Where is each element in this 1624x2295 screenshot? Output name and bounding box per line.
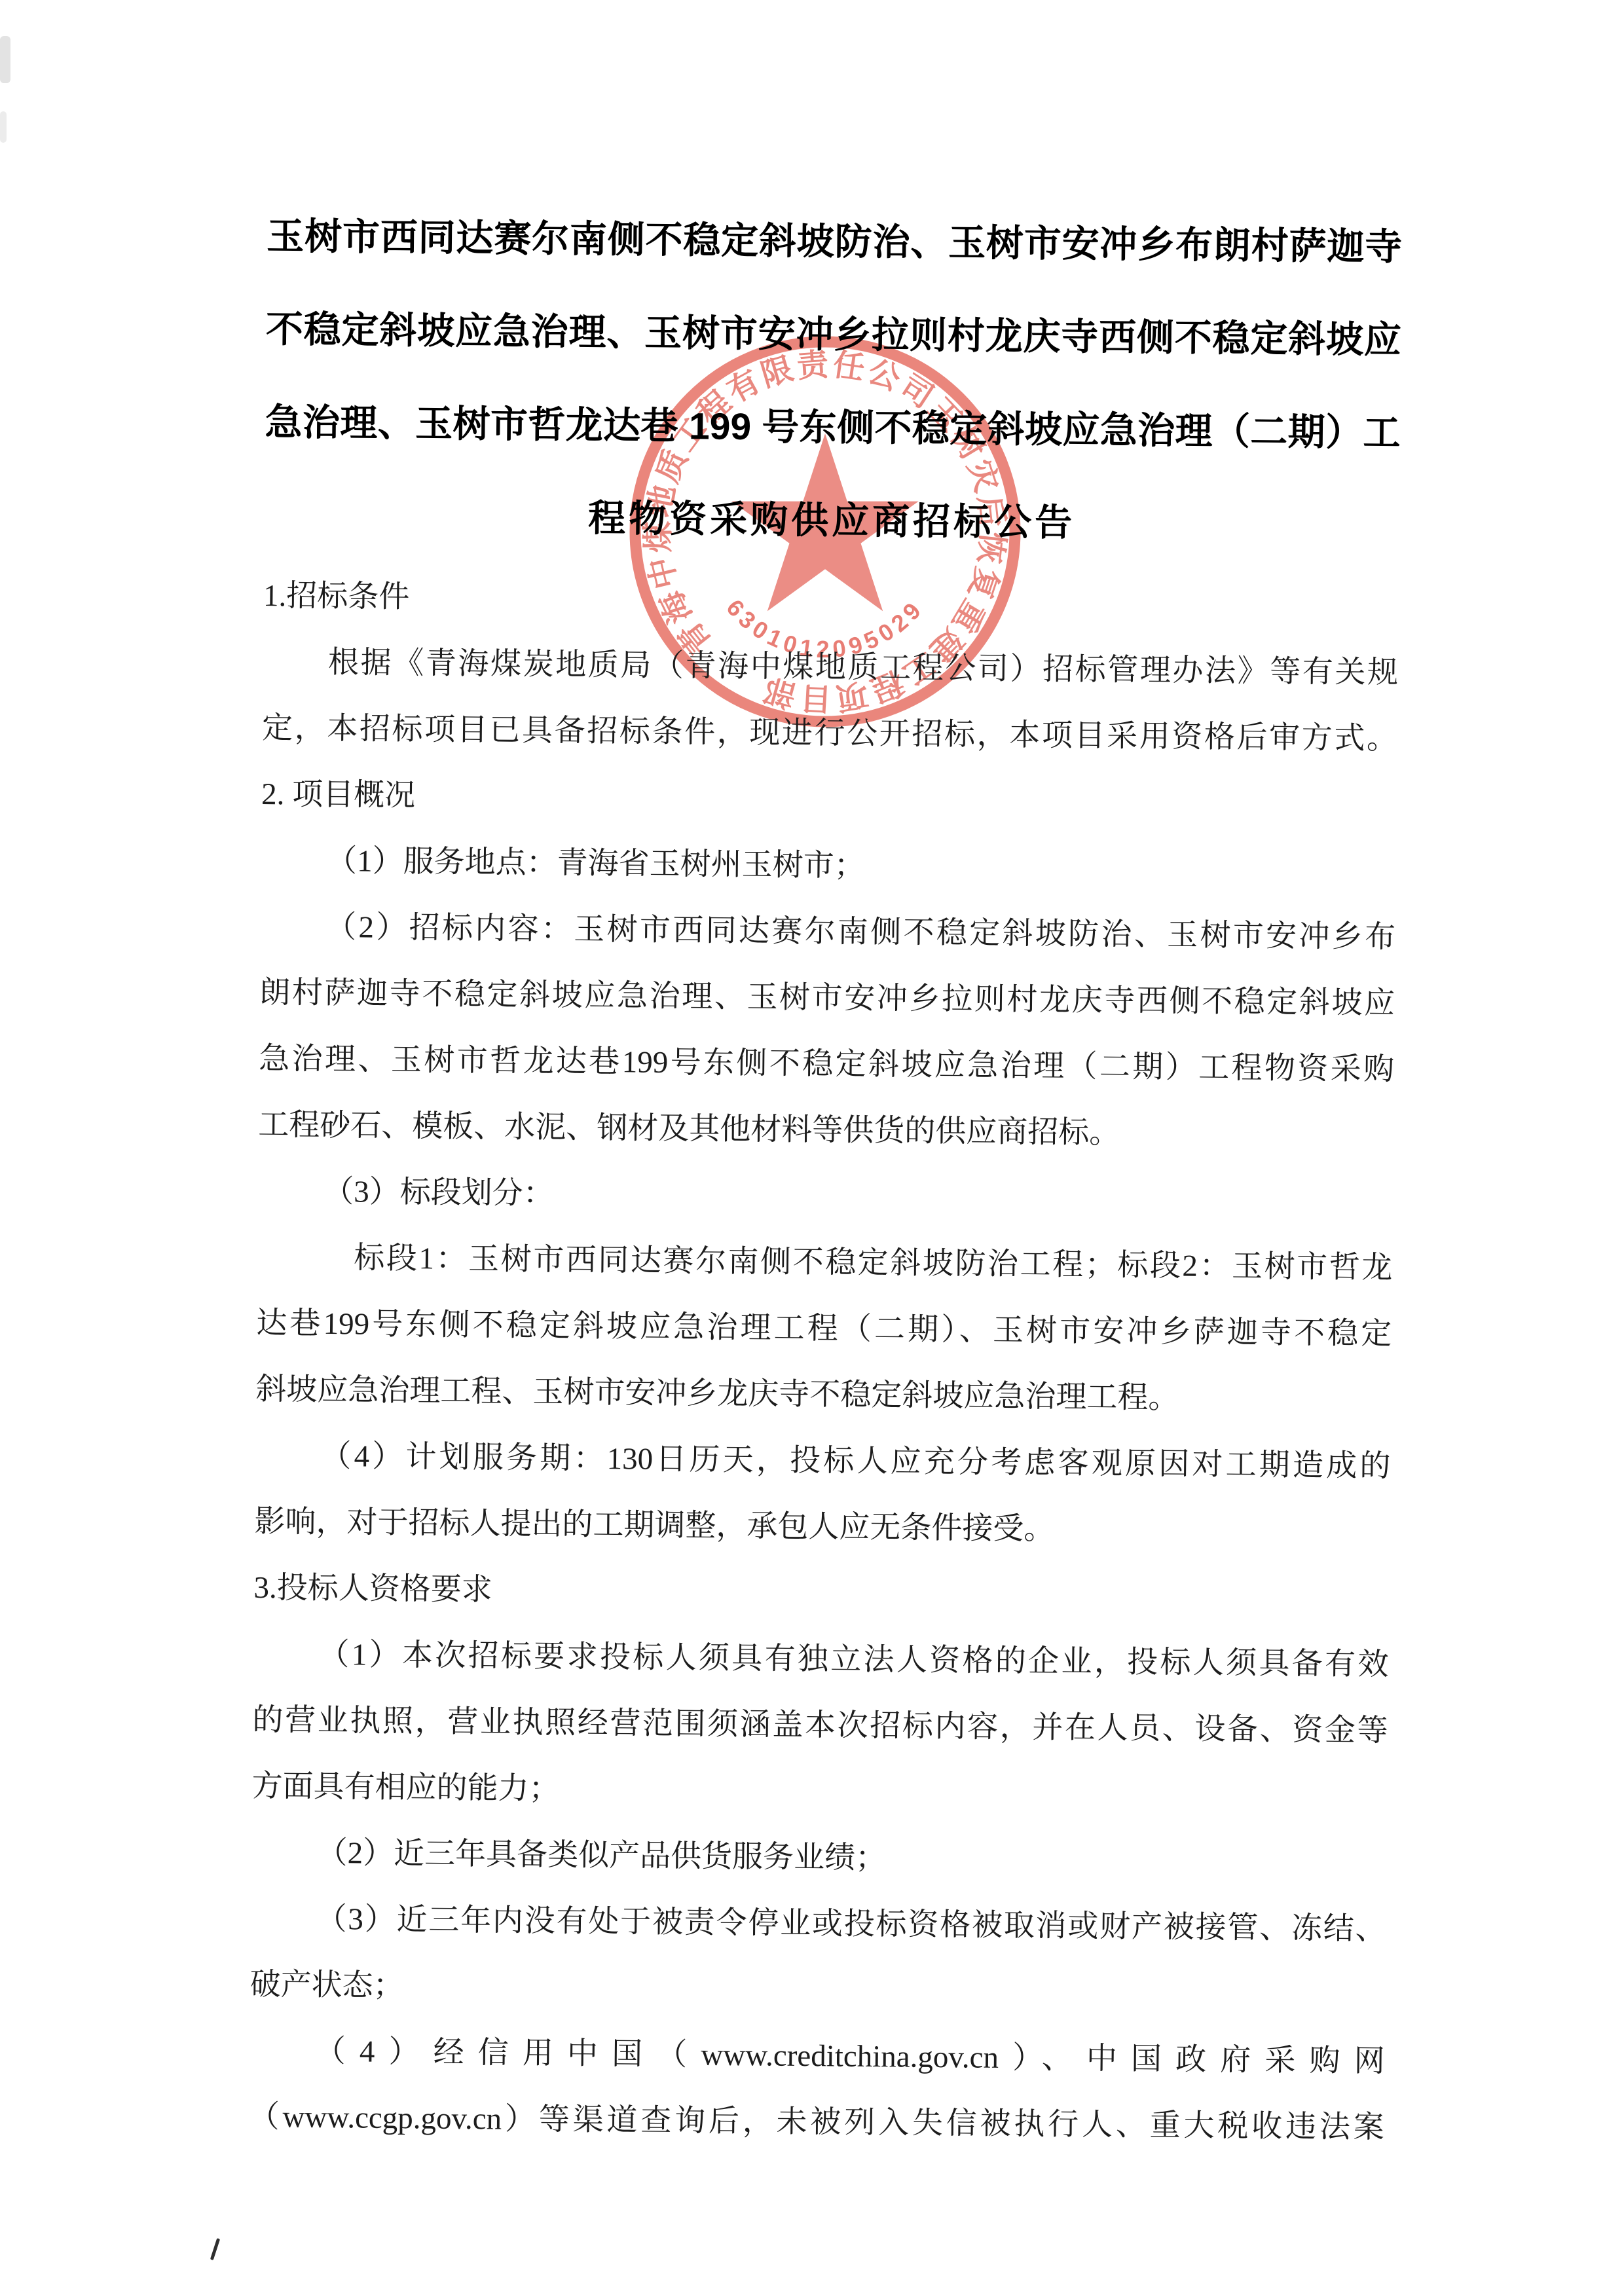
text-line: （4）计划服务期：130日历天，投标人应充分考虑客观原因对工期造成的 <box>255 1423 1391 1500</box>
text-line: （3）标段划分： <box>257 1158 1393 1236</box>
scan-pen-mark <box>210 2238 220 2260</box>
body-text: 1.招标条件根据《青海煤炭地质局（青海中煤地质工程公司）招标管理办法》等有关规定… <box>248 563 1399 2161</box>
text-line: （4）经信用中国（www.creditchina.gov.cn）、中国政府采购网 <box>249 2018 1385 2095</box>
document-title: 玉树市西同达赛尔南侧不稳定斜坡防治、玉树市安冲乡布朗村萨迦寺不稳定斜坡应急治理、… <box>264 190 1403 573</box>
document-body: 玉树市西同达赛尔南侧不稳定斜坡防治、玉树市安冲乡布朗村萨迦寺不稳定斜坡应急治理、… <box>248 190 1403 2161</box>
text-line: （3）近三年内没有处于被责令停业或投标资格被取消或财产被接管、冻结、 <box>250 1886 1386 1963</box>
scan-smudge <box>0 36 10 83</box>
text-line: 2. 项目概况 <box>261 762 1397 839</box>
text-line: 根据《青海煤炭地质局（青海中煤地质工程公司）招标管理办法》等有关规 <box>263 629 1399 707</box>
text-line: 影响，对于招标人提出的工期调整，承包人应无条件接受。 <box>254 1489 1390 1566</box>
text-line: 的营业执照，营业执照经营范围须涵盖本次招标内容，并在人员、设备、资金等 <box>252 1687 1388 1765</box>
text-line: 定，本招标项目已具备招标条件，现进行公开招标，本项目采用资格后审方式。 <box>262 695 1398 773</box>
text-line: （1）本次招标要求投标人须具有独立法人资格的企业，投标人须具备有效 <box>253 1621 1389 1698</box>
title-line: 程物资采购供应商招标公告 <box>264 469 1400 573</box>
text-line: 急治理、玉树市哲龙达巷199号东侧不稳定斜坡应急治理（二期）工程物资采购 <box>259 1026 1395 1103</box>
text-line: 斜坡应急治理工程、玉树市安冲乡龙庆寺不稳定斜坡应急治理工程。 <box>255 1357 1392 1434</box>
text-line: （2）招标内容：玉树市西同达赛尔南侧不稳定斜坡防治、玉树市安冲乡布 <box>260 894 1396 971</box>
text-line: （2）近三年具备类似产品供货服务业绩； <box>251 1820 1387 1897</box>
scanned-page: 青海中煤地质工程有限责任公司玉树灾后恢复重建工程项目部 630101209502… <box>0 0 1624 2295</box>
text-line: 方面具有相应的能力； <box>251 1753 1388 1831</box>
text-line: 工程砂石、模板、水泥、钢材及其他材料等供货的供应商招标。 <box>258 1092 1394 1169</box>
text-line: 标段1：玉树市西同达赛尔南侧不稳定斜坡防治工程；标段2：玉树市哲龙 <box>257 1224 1393 1302</box>
text-line: （1）服务地点：青海省玉树州玉树市； <box>261 828 1397 905</box>
text-line: 3.投标人资格要求 <box>253 1555 1390 1632</box>
title-line: 不稳定斜坡应急治理、玉树市安冲乡拉则村龙庆寺西侧不稳定斜坡应 <box>265 283 1401 387</box>
title-line: 急治理、玉树市哲龙达巷 199 号东侧不稳定斜坡应急治理（二期）工 <box>265 376 1401 480</box>
text-line: 1.招标条件 <box>263 563 1399 640</box>
text-line: 破产状态； <box>249 1952 1386 2029</box>
text-line: 达巷199号东侧不稳定斜坡应急治理工程（二期）、玉树市安冲乡萨迦寺不稳定 <box>256 1291 1392 1368</box>
text-line: （www.ccgp.gov.cn）等渠道查询后，未被列入失信被执行人、重大税收违… <box>248 2084 1384 2161</box>
scan-smudge <box>0 111 7 143</box>
title-line: 玉树市西同达赛尔南侧不稳定斜坡防治、玉树市安冲乡布朗村萨迦寺 <box>267 190 1403 294</box>
text-line: 朗村萨迦寺不稳定斜坡应急治理、玉树市安冲乡拉则村龙庆寺西侧不稳定斜坡应 <box>259 960 1395 1037</box>
